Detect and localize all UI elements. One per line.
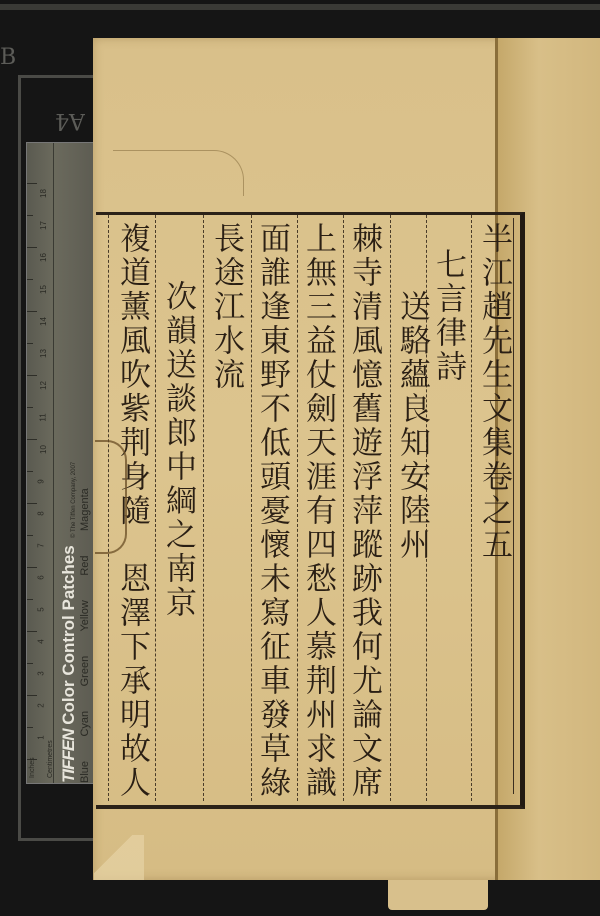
ruler-tick <box>27 503 37 504</box>
ruler-tick <box>27 343 33 344</box>
ruler-label: 6 <box>37 575 46 579</box>
color-label-blue: Blue <box>79 761 91 783</box>
print-block-inner-rule <box>513 218 514 794</box>
color-label-cyan: Cyan <box>79 711 91 737</box>
color-label-magenta: Magenta <box>79 488 91 531</box>
ruler-tick <box>27 567 37 568</box>
unit-inches-label: Inches <box>29 757 36 778</box>
ruler-label: 16 <box>39 253 48 262</box>
poem-line: 長途江水流 <box>208 222 244 392</box>
book-title-column: 半江趙先生文集卷之五 <box>476 222 512 562</box>
chart-title-text: Color Control Patches <box>59 545 78 724</box>
poem-line: 面誰逢東野不低頭憂懷未寫征車發草綠 <box>254 222 290 800</box>
tiffen-brand: TIFFEN <box>59 730 78 784</box>
ruler-tick <box>27 407 33 408</box>
chart-copyright: © The Tiffen Company, 2007 <box>71 338 77 538</box>
ruler: 1 2 3 4 5 6 7 8 9 10 11 12 13 14 15 16 1… <box>27 143 54 783</box>
color-control-patches-card: 1 2 3 4 5 6 7 8 9 10 11 12 13 14 15 16 1… <box>26 142 95 784</box>
backdrop-strip <box>0 4 600 10</box>
ruler-label: 5 <box>37 607 46 611</box>
poem-title: 次韻送談郎中綱之南京 <box>160 280 196 620</box>
ruler-label: 3 <box>37 671 46 675</box>
ruler-tick <box>27 471 33 472</box>
column-rule <box>343 215 344 801</box>
unit-centimetres-label: Centimetres <box>47 740 54 778</box>
ruler-label: 2 <box>37 703 46 707</box>
paper-corner-fold <box>94 835 144 880</box>
column-rule <box>203 215 204 801</box>
binding-thread <box>95 440 127 554</box>
ruler-label: 13 <box>39 349 48 358</box>
ruler-label: 1 <box>37 735 46 739</box>
paper-tear <box>113 150 244 196</box>
column-rule <box>390 215 391 801</box>
ruler-label: 4 <box>37 639 46 643</box>
column-rule <box>471 215 472 801</box>
ruler-tick <box>27 311 37 312</box>
column-rule <box>155 215 156 801</box>
ruler-label: 15 <box>39 285 48 294</box>
color-label-green: Green <box>79 656 91 687</box>
ruler-label: 14 <box>39 317 48 326</box>
column-rule <box>251 215 252 801</box>
ruler-tick <box>27 215 33 216</box>
poem-line: 上無三益仗劍天涯有四愁人慕荆州求識 <box>300 222 336 800</box>
page-tab <box>388 880 488 910</box>
ruler-tick <box>27 695 37 696</box>
backdrop-letter-b: B <box>0 45 16 70</box>
poem-title: 送駱蘊良知安陸州 <box>394 290 430 562</box>
ruler-tick <box>27 535 33 536</box>
color-label-red: Red <box>79 555 91 575</box>
ruler-label: 11 <box>39 413 48 421</box>
column-rule <box>297 215 298 801</box>
ruler-tick <box>27 631 37 632</box>
color-patch-labels: Blue Cyan Green Yellow Red Magenta <box>79 403 91 783</box>
ruler-tick <box>27 247 37 248</box>
ruler-label: 8 <box>37 511 46 515</box>
backdrop-letter-a4: A4 <box>55 108 85 133</box>
ruler-label: 18 <box>39 189 48 198</box>
ruler-label: 12 <box>39 381 48 390</box>
ruler-tick <box>27 183 37 184</box>
ruler-tick <box>27 375 37 376</box>
ruler-label: 7 <box>37 543 46 547</box>
ruler-tick <box>27 599 33 600</box>
ruler-tick <box>27 663 33 664</box>
ruler-label: 9 <box>37 479 46 483</box>
poem-line: 棘寺清風憶舊遊浮萍蹤跡我何尤論文席 <box>346 222 382 800</box>
ruler-tick <box>27 439 37 440</box>
ruler-tick <box>27 727 33 728</box>
ruler-label: 10 <box>39 445 48 454</box>
ruler-tick <box>27 279 33 280</box>
ruler-label: 17 <box>39 221 48 230</box>
color-label-yellow: Yellow <box>79 600 91 631</box>
genre-heading: 七言律詩 <box>430 248 466 384</box>
